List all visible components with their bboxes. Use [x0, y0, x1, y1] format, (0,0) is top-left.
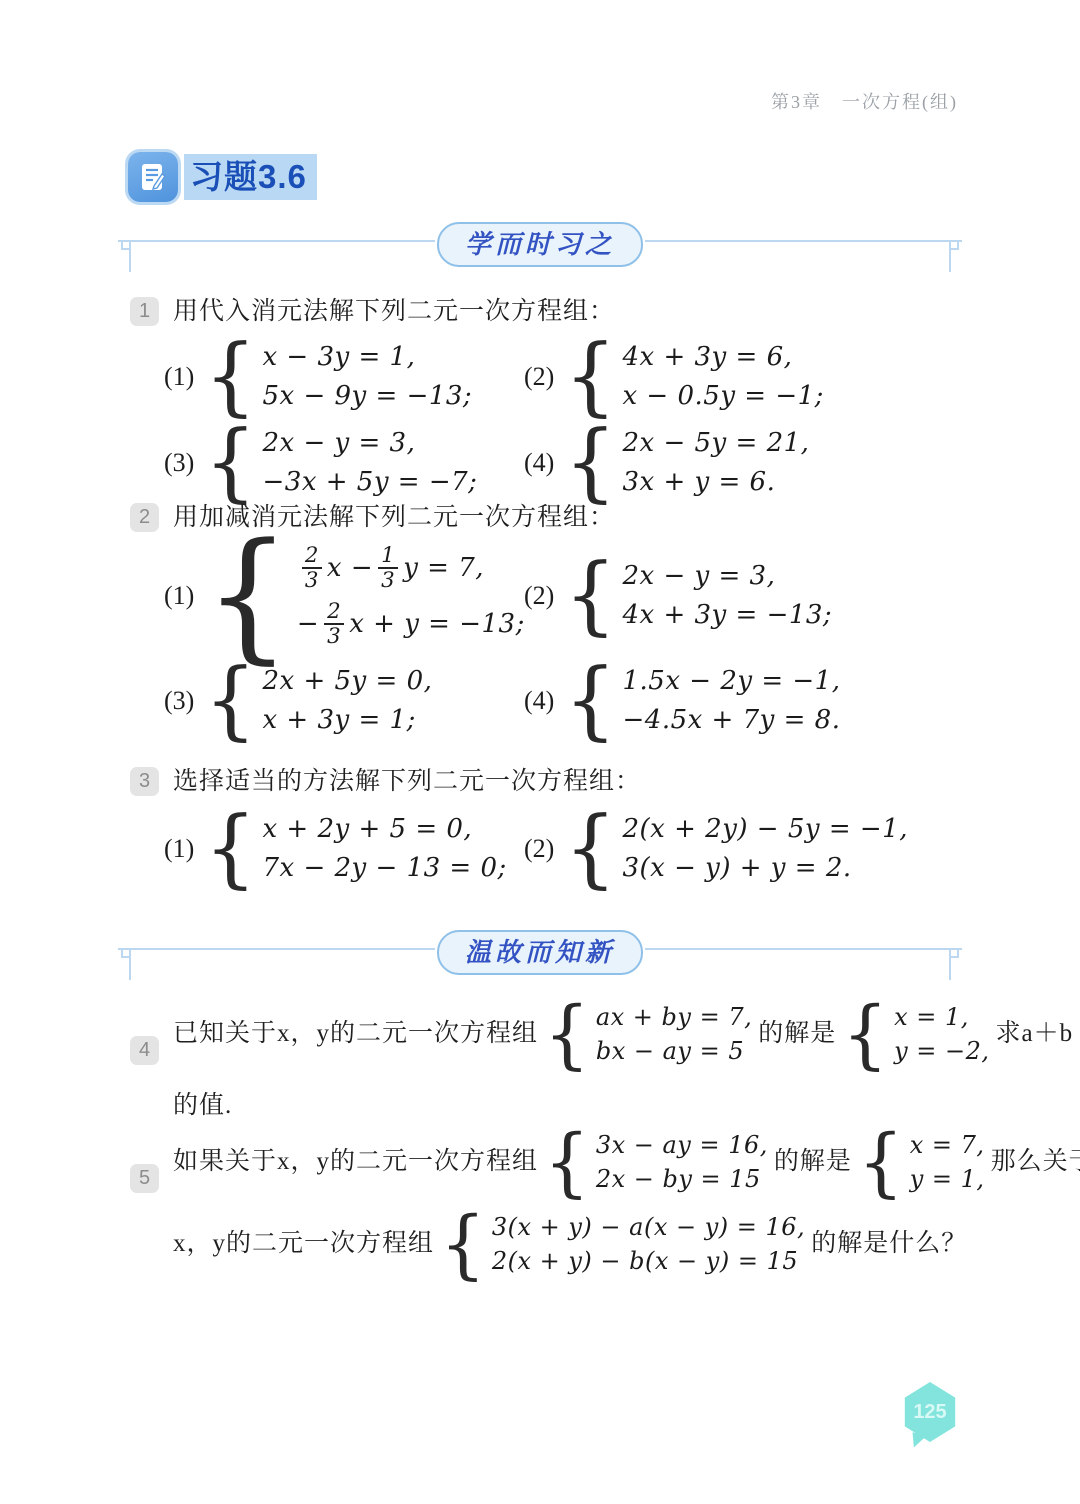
- badge-tail: [908, 1432, 926, 1450]
- equation: ax + by = 7,: [596, 1000, 752, 1034]
- page-title: 习题3.6: [184, 154, 317, 200]
- equation: − 23 x + y = −13;: [297, 596, 525, 652]
- exercise-title-row: 习题3.6: [128, 152, 317, 202]
- equation-system: (2) { 2(x + 2y) − 5y = −1, 3(x − y) + y …: [524, 810, 970, 888]
- equation: 4x + 3y = 6,: [623, 338, 824, 377]
- equation: y = −2,: [894, 1034, 989, 1068]
- problem-1: 1 用代入消元法解下列二元一次方程组： (1) { x − 3y = 1, 5x…: [130, 296, 970, 502]
- notebook-pen-icon: [128, 152, 178, 202]
- banner-label: 学而时习之: [437, 222, 643, 267]
- corner-ornament-icon: [932, 232, 962, 274]
- equation: x = 1,: [894, 1000, 989, 1034]
- equation-system: { x = 1, y = −2,: [842, 1000, 989, 1068]
- problem-statement: 的值.: [173, 1090, 1073, 1122]
- problem-statement: 的解是: [758, 1018, 836, 1050]
- equation-system: { 3(x + y) − a(x − y) = 16, 2(x + y) − b…: [440, 1210, 805, 1278]
- problem-3: 3 选择适当的方法解下列二元一次方程组： (1) { x + 2y + 5 = …: [130, 766, 970, 888]
- problem-statement: 用代入消元法解下列二元一次方程组：: [173, 296, 615, 328]
- banner-line-right: [645, 930, 962, 976]
- equation-system: { x = 7, y = 1,: [858, 1128, 985, 1196]
- problem-statement: 如果关于x，y的二元一次方程组: [173, 1146, 538, 1178]
- banner-label: 温故而知新: [437, 930, 643, 975]
- equation: y = 1,: [910, 1162, 985, 1196]
- problem-statement: 已知关于x，y的二元一次方程组: [173, 1018, 538, 1050]
- equation-system: { 3x − ay = 16, 2x − by = 15: [544, 1128, 768, 1196]
- page-number: 125: [902, 1382, 958, 1442]
- equation: 5x − 9y = −13;: [263, 377, 473, 416]
- equation: 4x + 3y = −13;: [623, 596, 833, 635]
- problem-statement: 的解是什么？: [811, 1228, 967, 1260]
- equation-system: (4) { 1.5x − 2y = −1, −4.5x + 7y = 8.: [524, 662, 970, 740]
- equation: 2x − by = 15: [596, 1162, 768, 1196]
- corner-ornament-icon: [118, 232, 148, 274]
- equation: 2x − y = 3,: [623, 557, 833, 596]
- problem-statement: 选择适当的方法解下列二元一次方程组：: [173, 766, 641, 798]
- problem-statement: 求a＋b: [996, 1018, 1074, 1050]
- corner-ornament-icon: [932, 940, 962, 982]
- corner-ornament-icon: [118, 940, 148, 982]
- equation-system: { ax + by = 7, bx − ay = 5: [544, 1000, 752, 1068]
- equation: 3(x + y) − a(x − y) = 16,: [492, 1210, 805, 1244]
- equation: 2x − 5y = 21,: [623, 424, 810, 463]
- problem-number-badge: 4: [130, 1036, 159, 1065]
- equation: 2(x + y) − b(x − y) = 15: [492, 1244, 805, 1278]
- problem-5: 5 如果关于x，y的二元一次方程组 { 3x − ay = 16, 2x − b…: [130, 1128, 970, 1278]
- equation: −3x + 5y = −7;: [263, 463, 478, 502]
- problem-number-badge: 3: [130, 767, 159, 796]
- equation: 2(x + 2y) − 5y = −1,: [623, 810, 909, 849]
- equation-system: (4) { 2x − 5y = 21, 3x + y = 6.: [524, 424, 970, 502]
- problem-number-badge: 5: [130, 1164, 159, 1193]
- problem-statement: 的解是: [774, 1146, 852, 1178]
- page-number-badge: 125: [902, 1382, 958, 1442]
- problem-statement: 那么关于: [991, 1146, 1080, 1178]
- banner-line-left: [118, 930, 435, 976]
- equation-system: (1) { x + 2y + 5 = 0, 7x − 2y − 13 = 0;: [164, 810, 524, 888]
- equation: 3x − ay = 16,: [596, 1128, 768, 1162]
- equation: 2x − y = 3,: [263, 424, 478, 463]
- equation: 1.5x − 2y = −1,: [623, 662, 841, 701]
- equation: bx − ay = 5: [596, 1034, 752, 1068]
- chapter-header: 第3章 一次方程(组): [771, 88, 958, 114]
- banner-line-left: [118, 222, 435, 268]
- equation: x = 7,: [910, 1128, 985, 1162]
- section-banner-review: 温故而知新: [118, 930, 962, 976]
- equation-system: (2) { 2x − y = 3, 4x + 3y = −13;: [524, 557, 970, 635]
- textbook-page: 第3章 一次方程(组) 习题3.6 学而时习之: [0, 0, 1080, 1504]
- problem-number-badge: 2: [130, 503, 159, 532]
- problem-2: 2 用加减消元法解下列二元一次方程组： (1) { 23 x − 13 y = …: [130, 502, 970, 740]
- equation: 7x − 2y − 13 = 0;: [263, 849, 507, 888]
- problem-number-badge: 1: [130, 297, 159, 326]
- equation: 3(x − y) + y = 2.: [623, 849, 909, 888]
- equation: x − 3y = 1,: [263, 338, 473, 377]
- problem-4: 4 已知关于x，y的二元一次方程组 { ax + by = 7, bx − ay…: [130, 1000, 970, 1122]
- equation-system: (3) { 2x − y = 3, −3x + 5y = −7;: [164, 424, 524, 502]
- equation-system: (3) { 2x + 5y = 0, x + 3y = 1;: [164, 662, 524, 740]
- equation-system-fractions: (1) { 23 x − 13 y = 7, − 23 x + y = −13;: [164, 540, 524, 652]
- section-banner-practice: 学而时习之: [118, 222, 962, 268]
- problem-statement: x，y的二元一次方程组: [173, 1228, 434, 1260]
- equation: 3x + y = 6.: [623, 463, 810, 502]
- banner-line-right: [645, 222, 962, 268]
- equation: x − 0.5y = −1;: [623, 377, 824, 416]
- equation: 23 x − 13 y = 7,: [297, 540, 525, 596]
- equation: −4.5x + 7y = 8.: [623, 701, 841, 740]
- equation: x + 2y + 5 = 0,: [263, 810, 507, 849]
- equation: x + 3y = 1;: [263, 701, 433, 740]
- equation-system: (1) { x − 3y = 1, 5x − 9y = −13;: [164, 338, 524, 416]
- equation-system: (2) { 4x + 3y = 6, x − 0.5y = −1;: [524, 338, 970, 416]
